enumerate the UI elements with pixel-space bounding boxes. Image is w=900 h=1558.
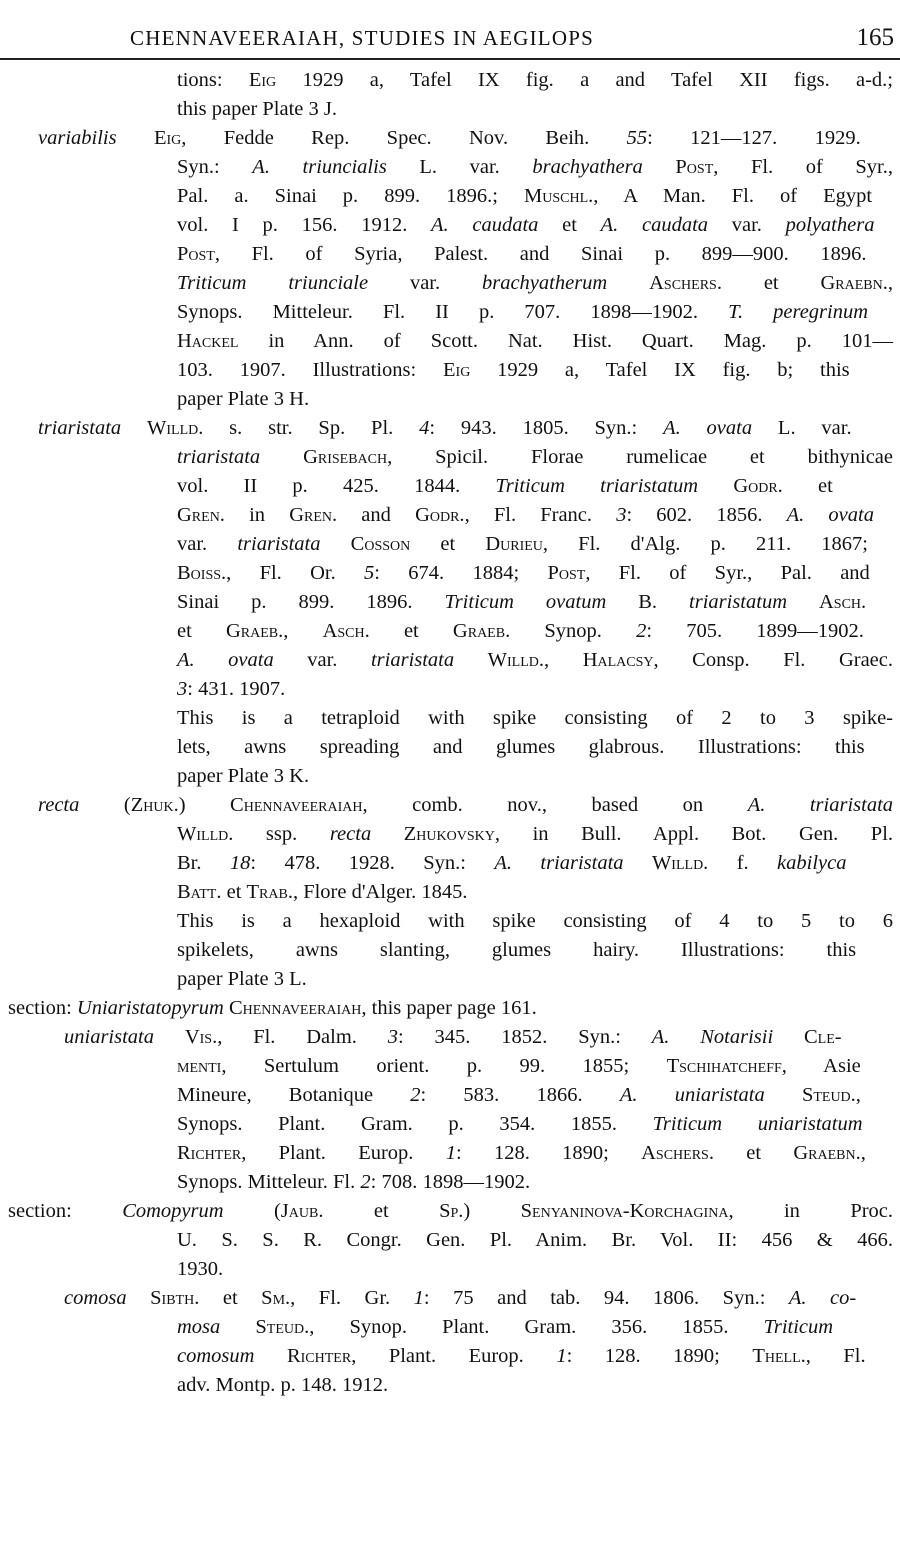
italic-text: 2	[360, 1171, 370, 1193]
small-caps-text: Hackel	[177, 330, 238, 352]
text-segment: : 705. 1899—1902.	[646, 620, 864, 642]
text-segment: , Synop. Plant. Gram. 356. 1855.	[309, 1316, 763, 1338]
italic-text: A. caudata	[431, 214, 538, 236]
small-caps-text: Chennaveeraiah	[229, 997, 361, 1019]
italic-text: 5	[364, 562, 374, 584]
text-line: Syn.: A. triuncialis L. var. brachyather…	[177, 153, 893, 182]
italic-text: 3	[616, 504, 626, 526]
text-line: Gren. in Gren. and Godr., Fl. Franc. 3: …	[177, 501, 874, 530]
text-line: triaristata Grisebach, Spicil. Florae ru…	[177, 443, 893, 472]
text-line: Willd. ssp. recta Zhukovsky, in Bull. Ap…	[177, 820, 893, 849]
small-caps-text: Sibth.	[150, 1287, 199, 1309]
text-segment: Synop.	[510, 620, 636, 642]
small-caps-text: Aschers.	[649, 272, 722, 294]
small-caps-text: Gren.	[289, 504, 337, 526]
text-segment: Synops. Mitteleur. Fl. II p. 707. 1898—1…	[177, 301, 728, 323]
text-segment: et	[199, 1287, 261, 1309]
small-caps-text: Eig	[154, 127, 181, 149]
running-header: CHENNAVEERAIAH, STUDIES IN AEGILOPS 165	[0, 14, 900, 58]
text-segment: , Sertulum orient. p. 99. 1855;	[221, 1055, 666, 1077]
italic-text: A. uniaristata	[620, 1084, 765, 1106]
small-caps-text: Chennaveeraiah	[230, 794, 362, 816]
small-caps-text: Batt.	[177, 881, 221, 903]
text-segment: , Fl. Gr.	[290, 1287, 414, 1309]
italic-text: 18	[230, 852, 251, 874]
text-segment	[220, 1316, 255, 1338]
text-segment: et	[714, 1142, 793, 1164]
italic-text: triaristata	[371, 649, 454, 671]
small-caps-text: Graebn.	[793, 1142, 860, 1164]
italic-text: Triticum ovatum	[444, 591, 606, 613]
text-segment: , Fl. d'Alg. p. 211. 1867;	[543, 533, 868, 555]
italic-text: A. triaristata	[748, 794, 893, 816]
text-segment: , Fl. of Syria, Palest. and Sinai p. 899…	[215, 243, 867, 265]
text-segment: , Consp. Fl. Graec.	[654, 649, 894, 671]
small-caps-text: Trab.	[247, 881, 293, 903]
text-segment: et	[323, 1200, 439, 1222]
text-segment: et	[538, 214, 600, 236]
text-line: section: Uniaristatopyrum Chennaveeraiah…	[8, 994, 537, 1023]
small-caps-text: Godr.	[733, 475, 783, 497]
text-segment	[121, 417, 147, 439]
text-segment	[371, 823, 404, 845]
text-line: Batt. et Trab., Flore d'Alger. 1845.	[177, 878, 467, 907]
text-segment	[117, 127, 154, 149]
text-segment: , Fl. Franc.	[465, 504, 617, 526]
text-segment: , Fl. Or.	[226, 562, 364, 584]
text-segment: : 943. 1805. Syn.:	[429, 417, 663, 439]
small-caps-text: Cle-	[804, 1026, 842, 1048]
italic-text: A. Notarisii	[652, 1026, 773, 1048]
small-caps-text: Jaub.	[281, 1200, 324, 1222]
italic-text: 1	[446, 1142, 456, 1164]
italic-text: A. co-	[789, 1287, 856, 1309]
text-segment: Mineure, Botanique	[177, 1084, 410, 1106]
small-caps-text: Richter	[287, 1345, 351, 1367]
small-caps-text: Willd.	[147, 417, 203, 439]
text-segment: , Fl. of Syr., Pal. and	[585, 562, 869, 584]
text-line: Sinai p. 899. 1896. Triticum ovatum B. t…	[177, 588, 866, 617]
text-line: lets, awns spreading and glumes glabrous…	[177, 733, 865, 762]
text-segment: Pal. a. Sinai p. 899. 1896.;	[177, 185, 524, 207]
text-line: spikelets, awns slanting, glumes hairy. …	[177, 936, 856, 965]
text-segment: paper Plate 3 H.	[177, 388, 309, 410]
text-line: A. ovata var. triaristata Willd., Halacs…	[177, 646, 893, 675]
text-segment: This is a tetraploid with spike consisti…	[177, 707, 893, 729]
text-segment: , Spicil. Florae rumelicae et bithynicae	[387, 446, 893, 468]
small-caps-text: Graebn.	[821, 272, 888, 294]
text-segment	[765, 1084, 802, 1106]
italic-text: polyathera	[786, 214, 875, 236]
text-segment	[154, 1026, 185, 1048]
text-line: Richter, Plant. Europ. 1: 128. 1890; Asc…	[177, 1139, 866, 1168]
running-title: CHENNAVEERAIAH, STUDIES IN AEGILOPS	[130, 26, 594, 51]
text-segment	[643, 156, 676, 178]
text-segment: (	[79, 794, 130, 816]
italic-text: triaristata	[38, 417, 121, 439]
italic-text: brachyatherum	[482, 272, 607, 294]
text-segment: , comb. nov., based on	[362, 794, 747, 816]
text-segment: 103. 1907. Illustrations:	[177, 359, 443, 381]
text-segment: : 583. 1866.	[421, 1084, 620, 1106]
text-line: Synops. Mitteleur. Fl. II p. 707. 1898—1…	[177, 298, 868, 327]
text-segment: : 75 and tab. 94. 1806. Syn.:	[424, 1287, 789, 1309]
text-segment: section:	[8, 1200, 122, 1222]
text-segment: et	[722, 272, 821, 294]
text-line: 103. 1907. Illustrations: Eig 1929 a, Ta…	[177, 356, 850, 385]
text-line: paper Plate 3 H.	[177, 385, 309, 414]
text-segment: in Ann. of Scott. Nat. Hist. Quart. Mag.…	[238, 330, 893, 352]
italic-text: 55	[627, 127, 648, 149]
small-caps-text: Steud.	[255, 1316, 309, 1338]
small-caps-text: Aschers.	[641, 1142, 714, 1164]
italic-text: Uniaristatopyrum	[77, 997, 224, 1019]
italic-text: triaristata	[177, 446, 260, 468]
text-segment: , A Man. Fl. of Egypt	[593, 185, 872, 207]
small-caps-text: Post	[675, 156, 713, 178]
text-segment	[454, 649, 488, 671]
header-rule	[0, 58, 900, 60]
text-segment: this paper Plate 3 J.	[177, 98, 337, 120]
text-line: U. S. S. R. Congr. Gen. Pl. Anim. Br. Vo…	[177, 1226, 893, 1255]
text-segment: Syn.:	[177, 156, 252, 178]
text-line: mosa Steud., Synop. Plant. Gram. 356. 18…	[177, 1313, 833, 1342]
italic-text: A. ovata	[787, 504, 874, 526]
italic-text: 2	[410, 1084, 420, 1106]
text-segment: , Plant. Europ.	[351, 1345, 556, 1367]
text-segment: , in Proc.	[728, 1200, 893, 1222]
small-caps-text: Grisebach	[303, 446, 387, 468]
small-caps-text: Tschihatcheff	[667, 1055, 782, 1077]
small-caps-text: Post	[547, 562, 585, 584]
italic-text: Triticum	[764, 1316, 834, 1338]
italic-text: Triticum triunciale	[177, 272, 368, 294]
text-line: paper Plate 3 K.	[177, 762, 309, 791]
text-segment: , Plant. Europ.	[241, 1142, 445, 1164]
text-segment: , Asie	[782, 1055, 861, 1077]
text-segment: 1930.	[177, 1258, 223, 1280]
text-segment: ,	[283, 620, 322, 642]
text-segment: vol. II p. 425. 1844.	[177, 475, 495, 497]
italic-text: comosa	[64, 1287, 127, 1309]
text-segment: : 128. 1890;	[456, 1142, 641, 1164]
text-segment: )	[463, 1200, 520, 1222]
text-segment: )	[179, 794, 230, 816]
text-segment: L. var.	[387, 156, 533, 178]
text-segment: , this paper page 161.	[361, 997, 536, 1019]
page-number: 165	[857, 24, 895, 52]
small-caps-text: Sm.	[261, 1287, 290, 1309]
italic-text: T. peregrinum	[728, 301, 868, 323]
small-caps-text: menti	[177, 1055, 221, 1077]
small-caps-text: Graeb.	[453, 620, 510, 642]
text-segment: : 478. 1928. Syn.:	[250, 852, 494, 874]
italic-text: A. ovata	[177, 649, 274, 671]
text-segment: Br.	[177, 852, 230, 874]
text-line: recta (Zhuk.) Chennaveeraiah, comb. nov.…	[38, 791, 893, 820]
text-segment: , Fedde Rep. Spec. Nov. Beih.	[181, 127, 626, 149]
italic-text: Triticum triaristatum	[495, 475, 698, 497]
italic-text: 3	[177, 678, 187, 700]
small-caps-text: Graeb.	[226, 620, 283, 642]
text-segment: var.	[708, 214, 786, 236]
text-segment: , Fl.	[806, 1345, 866, 1367]
text-segment: ,	[544, 649, 583, 671]
italic-text: mosa	[177, 1316, 220, 1338]
italic-text: 4	[419, 417, 429, 439]
small-caps-text: Gren.	[177, 504, 225, 526]
text-segment: : 128. 1890;	[567, 1345, 753, 1367]
text-segment	[624, 852, 652, 874]
text-line: comosa Sibth. et Sm., Fl. Gr. 1: 75 and …	[64, 1284, 856, 1313]
small-caps-text: Willd.	[177, 823, 233, 845]
italic-text: A. ovata	[663, 417, 752, 439]
text-segment	[254, 1345, 287, 1367]
small-caps-text: Zhuk.	[131, 794, 179, 816]
text-line: 1930.	[177, 1255, 223, 1284]
italic-text: A. triaristata	[494, 852, 623, 874]
text-line: paper Plate 3 L.	[177, 965, 307, 994]
text-line: comosum Richter, Plant. Europ. 1: 128. 1…	[177, 1342, 866, 1371]
small-caps-text: Eig	[249, 69, 276, 91]
italic-text: A. caudata	[601, 214, 708, 236]
small-caps-text: Asch.	[819, 591, 866, 613]
text-line: section: Comopyrum (Jaub. et Sp.) Senyan…	[8, 1197, 893, 1226]
small-caps-text: Post	[177, 243, 215, 265]
text-line: tions: Eig 1929 a, Tafel IX fig. a and T…	[177, 66, 893, 95]
text-segment: : 602. 1856.	[626, 504, 786, 526]
italic-text: recta	[330, 823, 371, 845]
text-segment: in	[225, 504, 289, 526]
text-segment: ssp.	[233, 823, 329, 845]
small-caps-text: Eig	[443, 359, 470, 381]
italic-text: recta	[38, 794, 79, 816]
text-segment: , Fl. of Syr.,	[713, 156, 893, 178]
text-line: et Graeb., Asch. et Graeb. Synop. 2: 705…	[177, 617, 864, 646]
small-caps-text: Cosson	[351, 533, 411, 555]
text-segment: 1929 a, Tafel IX fig. b; this	[470, 359, 849, 381]
text-segment: vol. I p. 156. 1912.	[177, 214, 431, 236]
text-line: Synops. Mitteleur. Fl. 2: 708. 1898—1902…	[177, 1168, 530, 1197]
text-segment: ,	[888, 272, 893, 294]
text-segment: B.	[606, 591, 689, 613]
text-segment: Sinai p. 899. 1896.	[177, 591, 444, 613]
text-line: menti, Sertulum orient. p. 99. 1855; Tsc…	[177, 1052, 861, 1081]
small-caps-text: Thell.	[752, 1345, 805, 1367]
text-segment: : 431. 1907.	[187, 678, 285, 700]
text-line: vol. I p. 156. 1912. A. caudata et A. ca…	[177, 211, 874, 240]
text-segment: (	[224, 1200, 281, 1222]
small-caps-text: Richter	[177, 1142, 241, 1164]
small-caps-text: Zhukovsky	[404, 823, 495, 845]
text-segment: et	[177, 620, 226, 642]
text-line: uniaristata Vis., Fl. Dalm. 3: 345. 1852…	[64, 1023, 842, 1052]
text-line: Triticum triunciale var. brachyatherum A…	[177, 269, 893, 298]
text-segment	[260, 446, 303, 468]
small-caps-text: Vis.	[185, 1026, 217, 1048]
italic-text: 2	[636, 620, 646, 642]
text-segment: paper Plate 3 L.	[177, 968, 307, 990]
text-segment: ,	[861, 1142, 866, 1164]
text-segment	[787, 591, 819, 613]
text-segment: lets, awns spreading and glumes glabrous…	[177, 736, 865, 758]
text-segment: section:	[8, 997, 77, 1019]
italic-text: brachyathera	[532, 156, 642, 178]
text-segment: U. S. S. R. Congr. Gen. Pl. Anim. Br. Vo…	[177, 1229, 893, 1251]
text-segment: : 674. 1884;	[374, 562, 547, 584]
text-segment: var.	[368, 272, 482, 294]
small-caps-text: Asch.	[323, 620, 370, 642]
text-line: Post, Fl. of Syria, Palest. and Sinai p.…	[177, 240, 867, 269]
italic-text: 3	[388, 1026, 398, 1048]
text-line: this paper Plate 3 J.	[177, 95, 337, 124]
text-segment: et	[370, 620, 453, 642]
text-line: This is a hexaploid with spike consistin…	[177, 907, 893, 936]
text-segment: : 345. 1852. Syn.:	[398, 1026, 652, 1048]
small-caps-text: Muschl.	[524, 185, 593, 207]
small-caps-text: Willd.	[488, 649, 544, 671]
text-line: 3: 431. 1907.	[177, 675, 285, 704]
text-segment: f.	[708, 852, 777, 874]
text-segment: : 708. 1898—1902.	[371, 1171, 530, 1193]
text-segment: var.	[177, 533, 237, 555]
italic-text: 1	[414, 1287, 424, 1309]
text-segment: et	[221, 881, 246, 903]
italic-text: uniaristata	[64, 1026, 154, 1048]
small-caps-text: Senyaninova-Korchagina	[521, 1200, 729, 1222]
text-line: vol. II p. 425. 1844. Triticum triarista…	[177, 472, 833, 501]
text-segment: var.	[274, 649, 371, 671]
text-line: variabilis Eig, Fedde Rep. Spec. Nov. Be…	[38, 124, 861, 153]
text-segment: , in Bull. Appl. Bot. Gen. Pl.	[495, 823, 893, 845]
text-segment: This is a hexaploid with spike consistin…	[177, 910, 893, 932]
text-line: triaristata Willd. s. str. Sp. Pl. 4: 94…	[38, 414, 852, 443]
text-line: var. triaristata Cosson et Durieu, Fl. d…	[177, 530, 868, 559]
text-line: adv. Montp. p. 148. 1912.	[177, 1371, 388, 1400]
text-segment: , Fl. Dalm.	[217, 1026, 388, 1048]
text-line: Br. 18: 478. 1928. Syn.: A. triaristata …	[177, 849, 847, 878]
text-line: Synops. Plant. Gram. p. 354. 1855. Triti…	[177, 1110, 863, 1139]
text-segment: L. var.	[752, 417, 851, 439]
text-segment	[607, 272, 649, 294]
text-segment	[698, 475, 733, 497]
text-segment: et	[783, 475, 833, 497]
text-segment: et	[410, 533, 485, 555]
text-segment: tions:	[177, 69, 249, 91]
text-segment: s. str. Sp. Pl.	[203, 417, 419, 439]
text-segment: Synops. Plant. Gram. p. 354. 1855.	[177, 1113, 653, 1135]
italic-text: Triticum uniaristatum	[653, 1113, 863, 1135]
italic-text: kabilyca	[777, 852, 846, 874]
text-segment	[127, 1287, 151, 1309]
italic-text: triaristata	[237, 533, 320, 555]
italic-text: comosum	[177, 1345, 254, 1367]
small-caps-text: Sp.	[439, 1200, 463, 1222]
text-segment: ,	[856, 1084, 861, 1106]
italic-text: Comopyrum	[122, 1200, 223, 1222]
italic-text: 1	[556, 1345, 566, 1367]
small-caps-text: Steud.	[802, 1084, 856, 1106]
small-caps-text: Willd.	[652, 852, 708, 874]
text-segment: : 121—127. 1929.	[647, 127, 861, 149]
text-line: Mineure, Botanique 2: 583. 1866. A. unia…	[177, 1081, 861, 1110]
text-line: This is a tetraploid with spike consisti…	[177, 704, 893, 733]
small-caps-text: Halacsy	[583, 649, 654, 671]
text-segment	[773, 1026, 804, 1048]
text-segment	[321, 533, 351, 555]
text-line: Pal. a. Sinai p. 899. 1896.; Muschl., A …	[177, 182, 872, 211]
text-segment: adv. Montp. p. 148. 1912.	[177, 1374, 388, 1396]
small-caps-text: Durieu	[485, 533, 543, 555]
text-line: Boiss., Fl. Or. 5: 674. 1884; Post, Fl. …	[177, 559, 870, 588]
italic-text: variabilis	[38, 127, 117, 149]
text-line: Hackel in Ann. of Scott. Nat. Hist. Quar…	[177, 327, 893, 356]
text-segment: , Flore d'Alger. 1845.	[293, 881, 468, 903]
text-segment: spikelets, awns slanting, glumes hairy. …	[177, 939, 856, 961]
small-caps-text: Godr.	[415, 504, 465, 526]
text-segment: Synops. Mitteleur. Fl.	[177, 1171, 360, 1193]
small-caps-text: Boiss.	[177, 562, 226, 584]
text-segment: 1929 a, Tafel IX fig. a and Tafel XII fi…	[276, 69, 893, 91]
italic-text: A. triuncialis	[252, 156, 387, 178]
italic-text: triaristatum	[689, 591, 787, 613]
text-segment: paper Plate 3 K.	[177, 765, 309, 787]
text-segment: and	[337, 504, 415, 526]
